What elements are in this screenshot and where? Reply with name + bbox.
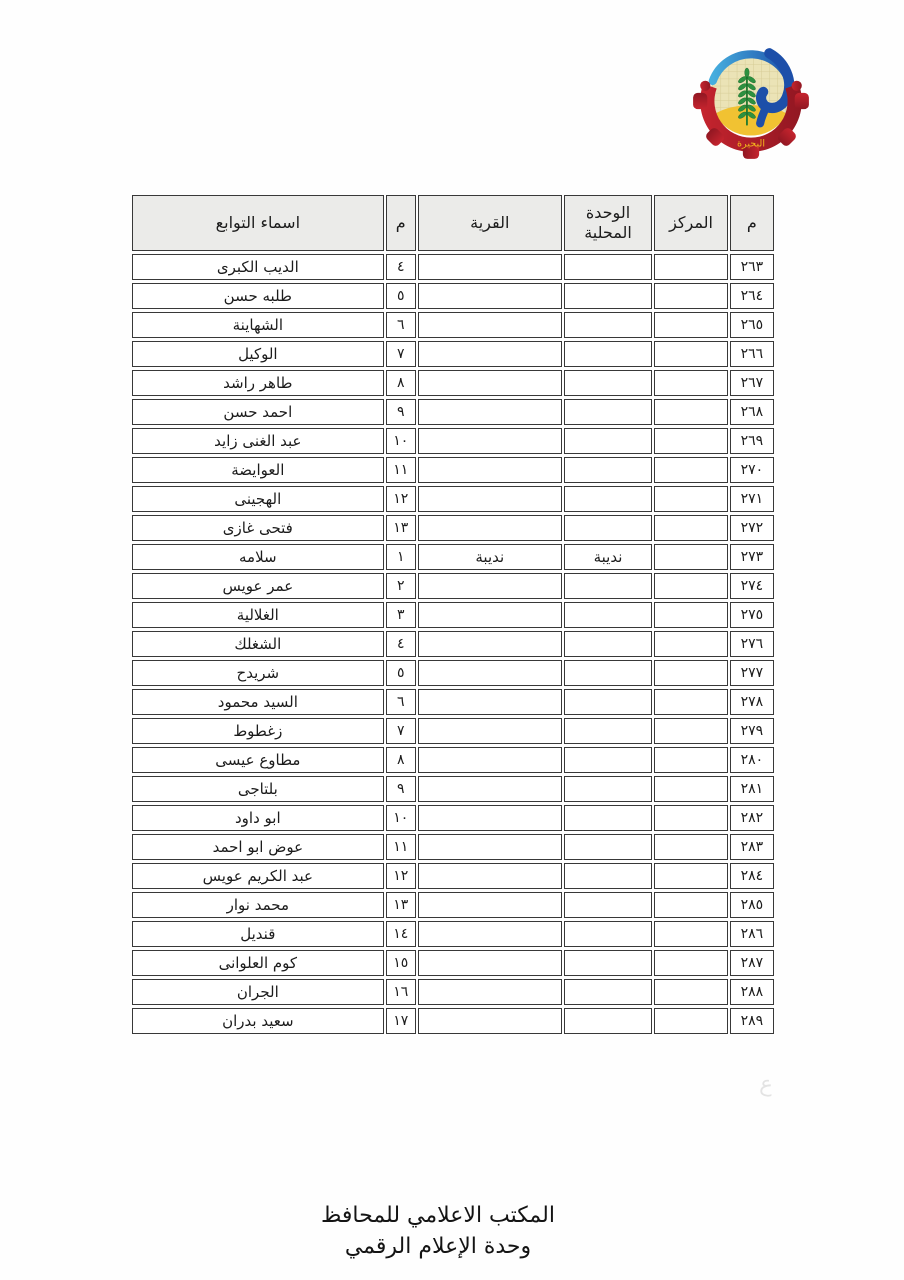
- cell-name: احمد حسن: [132, 399, 384, 425]
- cell-name: ابو داود: [132, 805, 384, 831]
- cell-name: سعيد بدران: [132, 1008, 384, 1034]
- cell-num: ٩: [386, 399, 416, 425]
- cell-index: ٢٦٤: [730, 283, 774, 309]
- cell-index: ٢٧٨: [730, 689, 774, 715]
- cell-index: ٢٧٤: [730, 573, 774, 599]
- cell-name: عوض ابو احمد: [132, 834, 384, 860]
- cell-unit: [564, 950, 653, 976]
- cell-markaz: [654, 718, 727, 744]
- cell-num: ١٥: [386, 950, 416, 976]
- cell-village: [418, 747, 562, 773]
- cell-unit: نديبة: [564, 544, 653, 570]
- cell-index: ٢٧١: [730, 486, 774, 512]
- header-names: اسماء التوابع: [132, 195, 384, 251]
- cell-name: الشهاينة: [132, 312, 384, 338]
- cell-index: ٢٧٠: [730, 457, 774, 483]
- table-row: ٢٧٩٧زغطوط: [132, 718, 774, 744]
- cell-num: ١: [386, 544, 416, 570]
- cell-unit: [564, 892, 653, 918]
- cell-name: كوم العلوانى: [132, 950, 384, 976]
- cell-name: مطاوع عيسى: [132, 747, 384, 773]
- table-row: ٢٦٣٤الديب الكبرى: [132, 254, 774, 280]
- cell-name: قنديل: [132, 921, 384, 947]
- table-row: ٢٧٤٢عمر عويس: [132, 573, 774, 599]
- cell-name: عمر عويس: [132, 573, 384, 599]
- cell-village: [418, 689, 562, 715]
- table-row: ٢٦٦٧الوكيل: [132, 341, 774, 367]
- cell-unit: [564, 921, 653, 947]
- cell-markaz: [654, 602, 727, 628]
- cell-unit: [564, 254, 653, 280]
- cell-name: الوكيل: [132, 341, 384, 367]
- cell-name: طلبه حسن: [132, 283, 384, 309]
- cell-markaz: [654, 863, 727, 889]
- cell-num: ٥: [386, 283, 416, 309]
- footer-line1: المكتب الاعلامي للمحافظ: [0, 1200, 876, 1231]
- cell-village: نديبة: [418, 544, 562, 570]
- cell-num: ١٧: [386, 1008, 416, 1034]
- table-row: ٢٧٨٦السيد محمود: [132, 689, 774, 715]
- cell-name: عبد الكريم عويس: [132, 863, 384, 889]
- cell-markaz: [654, 689, 727, 715]
- cell-village: [418, 515, 562, 541]
- cell-markaz: [654, 805, 727, 831]
- cell-num: ٣: [386, 602, 416, 628]
- cell-index: ٢٦٦: [730, 341, 774, 367]
- cell-num: ٦: [386, 312, 416, 338]
- cell-num: ٧: [386, 341, 416, 367]
- cell-index: ٢٧٢: [730, 515, 774, 541]
- cell-unit: [564, 283, 653, 309]
- cell-name: بلتاجى: [132, 776, 384, 802]
- cell-num: ٧: [386, 718, 416, 744]
- cell-markaz: [654, 515, 727, 541]
- cell-unit: [564, 747, 653, 773]
- cell-village: [418, 254, 562, 280]
- cell-num: ١١: [386, 834, 416, 860]
- cell-unit: [564, 660, 653, 686]
- cell-index: ٢٦٣: [730, 254, 774, 280]
- cell-num: ٦: [386, 689, 416, 715]
- cell-index: ٢٨٩: [730, 1008, 774, 1034]
- cell-name: الغلالية: [132, 602, 384, 628]
- cell-unit: [564, 457, 653, 483]
- cell-num: ٨: [386, 370, 416, 396]
- cell-num: ٤: [386, 254, 416, 280]
- table-row: ٢٧٧٥شريدح: [132, 660, 774, 686]
- cell-num: ١٣: [386, 892, 416, 918]
- cell-unit: [564, 776, 653, 802]
- beheira-governorate-logo: البحيرة: [688, 36, 814, 164]
- table-row: ٢٧٥٣الغلالية: [132, 602, 774, 628]
- cell-num: ١٦: [386, 979, 416, 1005]
- cell-markaz: [654, 283, 727, 309]
- cell-village: [418, 979, 562, 1005]
- footer-line2: وحدة الإعلام الرقمي: [0, 1231, 876, 1262]
- cell-num: ٩: [386, 776, 416, 802]
- table-row: ٢٧٦٤الشغلك: [132, 631, 774, 657]
- table-row: ٢٧٣نديبةنديبة١سلامه: [132, 544, 774, 570]
- cell-markaz: [654, 544, 727, 570]
- cell-index: ٢٨١: [730, 776, 774, 802]
- cell-unit: [564, 631, 653, 657]
- cell-markaz: [654, 486, 727, 512]
- cell-num: ١٢: [386, 863, 416, 889]
- cell-num: ٨: [386, 747, 416, 773]
- cell-village: [418, 805, 562, 831]
- cell-unit: [564, 312, 653, 338]
- cell-markaz: [654, 776, 727, 802]
- cell-markaz: [654, 950, 727, 976]
- cell-village: [418, 718, 562, 744]
- cell-index: ٢٨٠: [730, 747, 774, 773]
- cell-index: ٢٨٣: [730, 834, 774, 860]
- cell-index: ٢٦٥: [730, 312, 774, 338]
- table-row: ٢٧٢١٣فتحى غازى: [132, 515, 774, 541]
- table-row: ٢٨٢١٠ابو داود: [132, 805, 774, 831]
- table-row: ٢٨٨١٦الجران: [132, 979, 774, 1005]
- table-row: ٢٦٩١٠عبد الغنى زايد: [132, 428, 774, 454]
- cell-num: ٤: [386, 631, 416, 657]
- cell-unit: [564, 834, 653, 860]
- cell-markaz: [654, 573, 727, 599]
- cell-markaz: [654, 457, 727, 483]
- cell-unit: [564, 689, 653, 715]
- cell-name: الشغلك: [132, 631, 384, 657]
- cell-village: [418, 486, 562, 512]
- table-row: ٢٦٨٩احمد حسن: [132, 399, 774, 425]
- cell-index: ٢٦٨: [730, 399, 774, 425]
- cell-unit: [564, 1008, 653, 1034]
- cell-num: ٢: [386, 573, 416, 599]
- cell-name: العوايضة: [132, 457, 384, 483]
- dependents-table: م المركز الوحدة المحلية القرية م اسماء ا…: [130, 192, 776, 1037]
- header-local-unit: الوحدة المحلية: [564, 195, 653, 251]
- cell-village: [418, 428, 562, 454]
- cell-num: ١٠: [386, 805, 416, 831]
- cell-unit: [564, 370, 653, 396]
- table-row: ٢٨٠٨مطاوع عيسى: [132, 747, 774, 773]
- cell-village: [418, 863, 562, 889]
- table-row: ٢٦٥٦الشهاينة: [132, 312, 774, 338]
- cell-village: [418, 1008, 562, 1034]
- cell-markaz: [654, 921, 727, 947]
- cell-village: [418, 341, 562, 367]
- table-row: ٢٧٠١١العوايضة: [132, 457, 774, 483]
- cell-village: [418, 283, 562, 309]
- cell-index: ٢٧٦: [730, 631, 774, 657]
- table-row: ٢٧١١٢الهجينى: [132, 486, 774, 512]
- cell-village: [418, 602, 562, 628]
- cell-index: ٢٨٨: [730, 979, 774, 1005]
- header-markaz: المركز: [654, 195, 727, 251]
- cell-markaz: [654, 341, 727, 367]
- cell-unit: [564, 573, 653, 599]
- cell-num: ١٤: [386, 921, 416, 947]
- cell-markaz: [654, 660, 727, 686]
- cell-unit: [564, 863, 653, 889]
- cell-index: ٢٧٩: [730, 718, 774, 744]
- cell-num: ١٢: [386, 486, 416, 512]
- cell-name: زغطوط: [132, 718, 384, 744]
- cell-name: شريدح: [132, 660, 384, 686]
- table-row: ٢٨٦١٤قنديل: [132, 921, 774, 947]
- cell-name: طاهر راشد: [132, 370, 384, 396]
- cell-village: [418, 399, 562, 425]
- cell-num: ١٠: [386, 428, 416, 454]
- cell-village: [418, 834, 562, 860]
- cell-village: [418, 312, 562, 338]
- cell-name: فتحى غازى: [132, 515, 384, 541]
- table-row: ٢٦٧٨طاهر راشد: [132, 370, 774, 396]
- cell-markaz: [654, 834, 727, 860]
- cell-unit: [564, 399, 653, 425]
- table-row: ٢٨١٩بلتاجى: [132, 776, 774, 802]
- cell-village: [418, 660, 562, 686]
- cell-markaz: [654, 1008, 727, 1034]
- cell-village: [418, 892, 562, 918]
- cell-markaz: [654, 399, 727, 425]
- header-index: م: [730, 195, 774, 251]
- cell-name: محمد نوار: [132, 892, 384, 918]
- cell-name: عبد الغنى زايد: [132, 428, 384, 454]
- cell-markaz: [654, 747, 727, 773]
- table-row: ٢٨٥١٣محمد نوار: [132, 892, 774, 918]
- table-row: ٢٨٩١٧سعيد بدران: [132, 1008, 774, 1034]
- cell-index: ٢٨٤: [730, 863, 774, 889]
- cell-unit: [564, 602, 653, 628]
- header-village: القرية: [418, 195, 562, 251]
- cell-index: ٢٦٧: [730, 370, 774, 396]
- cell-name: السيد محمود: [132, 689, 384, 715]
- cell-num: ١١: [386, 457, 416, 483]
- cell-unit: [564, 515, 653, 541]
- cell-unit: [564, 486, 653, 512]
- cell-markaz: [654, 370, 727, 396]
- cell-index: ٢٨٧: [730, 950, 774, 976]
- cell-num: ١٣: [386, 515, 416, 541]
- cell-markaz: [654, 428, 727, 454]
- scan-smudge-artifact: ع: [758, 1071, 774, 1098]
- cell-village: [418, 370, 562, 396]
- cell-markaz: [654, 979, 727, 1005]
- cell-markaz: [654, 892, 727, 918]
- cell-village: [418, 631, 562, 657]
- cell-markaz: [654, 254, 727, 280]
- cell-index: ٢٦٩: [730, 428, 774, 454]
- cell-village: [418, 776, 562, 802]
- table-row: ٢٨٣١١عوض ابو احمد: [132, 834, 774, 860]
- cell-index: ٢٨٢: [730, 805, 774, 831]
- cell-name: سلامه: [132, 544, 384, 570]
- cell-unit: [564, 718, 653, 744]
- cell-unit: [564, 805, 653, 831]
- page-footer: المكتب الاعلامي للمحافظ وحدة الإعلام الر…: [0, 1200, 876, 1262]
- header-num: م: [386, 195, 416, 251]
- cell-index: ٢٧٧: [730, 660, 774, 686]
- cell-name: الهجينى: [132, 486, 384, 512]
- cell-village: [418, 950, 562, 976]
- cell-index: ٢٧٥: [730, 602, 774, 628]
- cell-unit: [564, 428, 653, 454]
- table-row: ٢٨٤١٢عبد الكريم عويس: [132, 863, 774, 889]
- cell-unit: [564, 341, 653, 367]
- table-row: ٢٦٤٥طلبه حسن: [132, 283, 774, 309]
- cell-village: [418, 573, 562, 599]
- table-body: ٢٦٣٤الديب الكبرى٢٦٤٥طلبه حسن٢٦٥٦الشهاينة…: [132, 254, 774, 1034]
- cell-name: الجران: [132, 979, 384, 1005]
- cell-index: ٢٧٣: [730, 544, 774, 570]
- cell-village: [418, 457, 562, 483]
- table-header-row: م المركز الوحدة المحلية القرية م اسماء ا…: [132, 195, 774, 251]
- cell-index: ٢٨٦: [730, 921, 774, 947]
- cell-unit: [564, 979, 653, 1005]
- cell-markaz: [654, 312, 727, 338]
- cell-markaz: [654, 631, 727, 657]
- cell-num: ٥: [386, 660, 416, 686]
- logo-label: البحيرة: [737, 139, 765, 150]
- table-row: ٢٨٧١٥كوم العلوانى: [132, 950, 774, 976]
- cell-village: [418, 921, 562, 947]
- beheira-logo-icon: البحيرة: [688, 36, 814, 164]
- cell-name: الديب الكبرى: [132, 254, 384, 280]
- cell-index: ٢٨٥: [730, 892, 774, 918]
